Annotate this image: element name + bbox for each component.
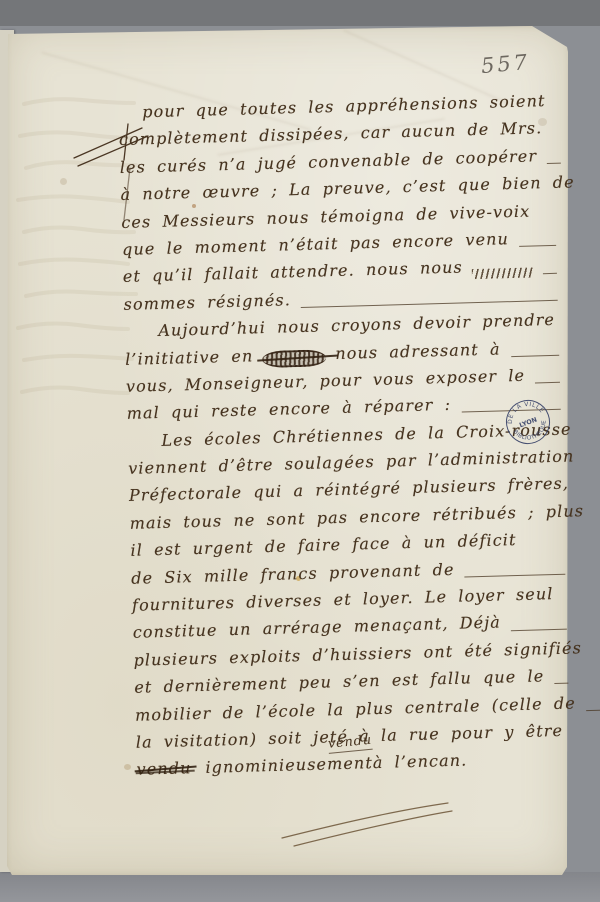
line-filler-rule (543, 272, 557, 273)
line-filler-rule (535, 382, 560, 384)
hatch-marks (472, 268, 533, 280)
foxing-spot (124, 764, 131, 770)
manuscript-scan: 557 pour que toutes les appréhensions so… (0, 0, 600, 902)
line-filler-rule (586, 710, 600, 711)
line-filler-rule (519, 245, 556, 247)
handwritten-text: l’initiative en (125, 346, 254, 369)
line-filler-rule (511, 628, 567, 631)
handwritten-text: nous adressant à (335, 339, 501, 363)
handwritten-text: à l’encan. (373, 751, 468, 773)
handwritten-text: sommes résignés. (123, 290, 291, 314)
line-filler-rule (511, 354, 559, 356)
struck-word: vendu (136, 759, 191, 780)
folio-number: 557 (480, 50, 531, 78)
stamp-text-center: LYON (518, 416, 538, 430)
line-filler-rule (465, 574, 566, 578)
manuscript-lines: pour que toutes les appréhensions soient… (118, 91, 573, 788)
foxing-spot (60, 178, 67, 185)
line-filler-rule (301, 300, 558, 308)
handwritten-text: ignominieusement (205, 754, 373, 778)
scribble-mark (262, 349, 326, 368)
line-filler-rule (555, 683, 569, 684)
backdrop-top-band (0, 0, 600, 26)
backdrop-bottom (0, 872, 600, 902)
